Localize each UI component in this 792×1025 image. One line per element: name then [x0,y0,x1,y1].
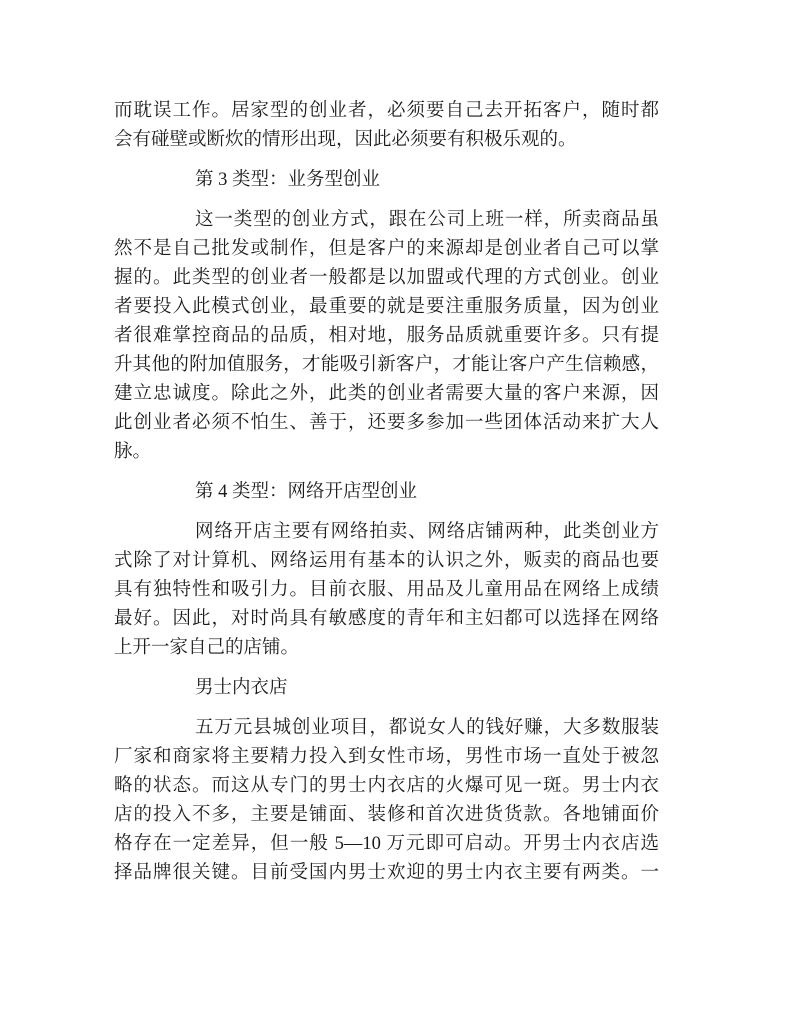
text-line: 略的状态。而这从专门的男士内衣店的火爆可见一斑。男士内衣 [114,772,659,801]
text-line: 第 4 类型：网络开店型创业 [114,478,659,507]
document-page: 而耽误工作。居家型的创业者，必须要自己去开拓客户，随时都会有碰壁或断炊的情形出现… [0,0,792,1025]
section-heading: 第 3 类型：业务型创业 [114,166,659,195]
text-line: 厂家和商家将主要精力投入到女性市场，男性市场一直处于被忽 [114,743,659,772]
text-line: 者要投入此模式创业，最重要的就是要注重服务质量，因为创业 [114,293,659,322]
text-line: 最好。因此，对时尚具有敏感度的青年和主妇都可以选择在网络 [114,605,659,634]
text-line: 升其他的附加值服务，才能吸引新客户，才能让客户产生信赖感， [114,351,659,380]
text-line: 第 3 类型：业务型创业 [114,166,659,195]
text-line: 会有碰壁或断炊的情形出现，因此必须要有积极乐观的。 [114,126,659,155]
text-line: 择品牌很关键。目前受国内男士欢迎的男士内衣主要有两类。一 [114,859,659,888]
text-line: 店的投入不多，主要是铺面、装修和首次进货货款。各地铺面价 [114,801,659,830]
text-line: 式除了对计算机、网络运用有基本的认识之外，贩卖的商品也要 [114,547,659,576]
paragraph: 而耽误工作。居家型的创业者，必须要自己去开拓客户，随时都会有碰壁或断炊的情形出现… [114,97,659,155]
text-line: 具有独特性和吸引力。目前衣服、用品及儿童用品在网络上成绩 [114,576,659,605]
section-heading: 男士内衣店 [114,674,659,703]
text-line: 这一类型的创业方式，跟在公司上班一样，所卖商品虽 [114,206,659,235]
text-line: 格存在一定差异，但一般 5—10 万元即可启动。开男士内衣店选 [114,830,659,859]
text-line: 然不是自己批发或制作，但是客户的来源却是创业者自己可以掌 [114,235,659,264]
text-line: 网络开店主要有网络拍卖、网络店铺两种，此类创业方 [114,518,659,547]
section-heading: 第 4 类型：网络开店型创业 [114,478,659,507]
text-line: 脉。 [114,438,659,467]
text-line: 建立忠诚度。除此之外，此类的创业者需要大量的客户来源，因 [114,380,659,409]
text-line: 此创业者必须不怕生、善于，还要多参加一些团体活动来扩大人 [114,409,659,438]
paragraph: 这一类型的创业方式，跟在公司上班一样，所卖商品虽然不是自己批发或制作，但是客户的… [114,206,659,467]
text-line: 五万元县城创业项目，都说女人的钱好赚，大多数服装 [114,714,659,743]
text-line: 男士内衣店 [114,674,659,703]
text-line: 上开一家自己的店铺。 [114,634,659,663]
text-line: 而耽误工作。居家型的创业者，必须要自己去开拓客户，随时都 [114,97,659,126]
document-content: 而耽误工作。居家型的创业者，必须要自己去开拓客户，随时都会有碰壁或断炊的情形出现… [114,97,659,899]
text-line: 握的。此类型的创业者一般都是以加盟或代理的方式创业。创业 [114,264,659,293]
paragraph: 五万元县城创业项目，都说女人的钱好赚，大多数服装厂家和商家将主要精力投入到女性市… [114,714,659,888]
paragraph: 网络开店主要有网络拍卖、网络店铺两种，此类创业方式除了对计算机、网络运用有基本的… [114,518,659,663]
text-line: 者很难掌控商品的品质，相对地，服务品质就重要许多。只有提 [114,322,659,351]
